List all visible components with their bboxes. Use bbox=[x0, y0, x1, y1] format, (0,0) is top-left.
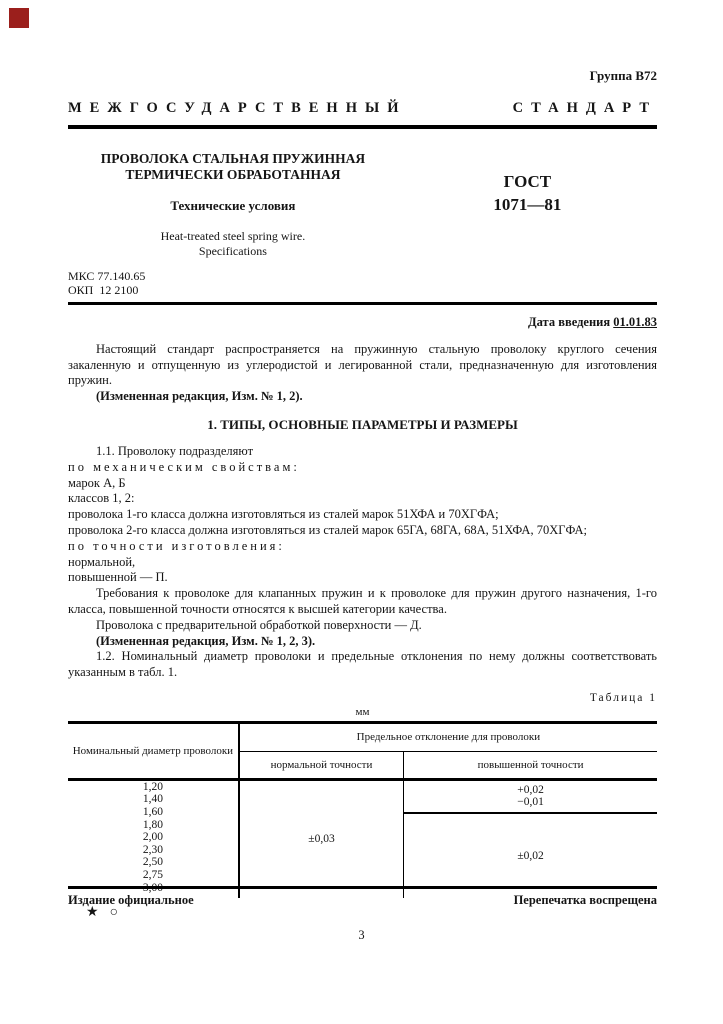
star-icon: ★ bbox=[86, 905, 110, 920]
designation-line1: ГОСТ bbox=[398, 171, 657, 194]
scope-paragraph: Настоящий стандарт распространяется на п… bbox=[68, 342, 657, 389]
diameter-value: 1,80 bbox=[68, 819, 238, 832]
table-body-row: 1,201,401,601,802,002,302,502,753,00 ±0,… bbox=[68, 779, 657, 898]
title-line2: ТЕРМИЧЕСКИ ОБРАБОТАННАЯ bbox=[68, 167, 398, 183]
accuracy-header: по точности изготовления: bbox=[68, 539, 657, 555]
title-left-column: ПРОВОЛОКА СТАЛЬНАЯ ПРУЖИННАЯ ТЕРМИЧЕСКИ … bbox=[68, 129, 398, 258]
circle-icon: ○ bbox=[110, 905, 129, 920]
high-deviation-minus: −0,01 bbox=[404, 796, 657, 809]
title-en-line2: Specifications bbox=[68, 244, 398, 258]
accuracy-high-line: повышенной — П. bbox=[68, 570, 657, 586]
table-1: Номинальный диаметр проволоки Предельное… bbox=[68, 721, 657, 898]
no-reprint-label: Перепечатка воспрещена bbox=[514, 893, 657, 908]
classes-line: классов 1, 2: bbox=[68, 491, 657, 507]
normal-deviation-cell: ±0,03 bbox=[239, 779, 404, 898]
diameter-value: 2,75 bbox=[68, 869, 238, 882]
classification-codes: МКС 77.140.65 ОКП 12 2100 bbox=[68, 270, 657, 298]
amendment-note-2: (Измененная редакция, Изм. № 1, 2, 3). bbox=[68, 634, 657, 650]
diameter-value: 2,00 bbox=[68, 831, 238, 844]
page-footer: Издание официальное Перепечатка воспреще… bbox=[68, 886, 657, 908]
mech-properties-header: по механическим свойствам: bbox=[68, 460, 657, 476]
standard-type-word1: МЕЖГОСУДАРСТВЕННЫЙ bbox=[68, 100, 407, 117]
clause-1-1: 1.1. Проволоку подразделяют bbox=[68, 444, 657, 460]
col-header-high-accuracy: повышенной точности bbox=[404, 751, 657, 779]
designation-column: ГОСТ 1071—81 bbox=[398, 129, 657, 258]
surface-treatment-line: Проволока с предварительной обработкой п… bbox=[68, 618, 657, 634]
standard-type-header: МЕЖГОСУДАРСТВЕННЫЙ СТАНДАРТ bbox=[68, 100, 657, 117]
title-block: ПРОВОЛОКА СТАЛЬНАЯ ПРУЖИННАЯ ТЕРМИЧЕСКИ … bbox=[68, 129, 657, 258]
high-deviation-cell: +0,02 −0,01 ±0,02 bbox=[404, 779, 657, 898]
page-number: 3 bbox=[0, 928, 723, 943]
class2-line: проволока 2-го класса должна изготовлять… bbox=[68, 523, 657, 539]
title-en-line1: Heat-treated steel spring wire. bbox=[68, 229, 398, 243]
col-header-normal-accuracy: нормальной точности bbox=[239, 751, 404, 779]
document-page: Группа В72 МЕЖГОСУДАРСТВЕННЫЙ СТАНДАРТ П… bbox=[0, 0, 723, 1024]
group-label: Группа В72 bbox=[68, 0, 657, 84]
document-subtitle: Технические условия bbox=[68, 198, 398, 214]
title-bottom-rule bbox=[68, 302, 657, 305]
grades-line: марок А, Б bbox=[68, 476, 657, 492]
okp-code: ОКП 12 2100 bbox=[68, 284, 657, 298]
table-1-label: Таблица 1 bbox=[68, 692, 657, 704]
high-deviation-plus: +0,02 bbox=[404, 784, 657, 797]
effective-date-value: 01.01.83 bbox=[613, 315, 657, 329]
designation-line2: 1071—81 bbox=[398, 194, 657, 217]
clause-1-2: 1.2. Номинальный диаметр проволоки и пре… bbox=[68, 649, 657, 681]
diameter-values-cell: 1,201,401,601,802,002,302,502,753,00 bbox=[68, 779, 239, 898]
standard-type-word2: СТАНДАРТ bbox=[513, 100, 657, 117]
title-line1: ПРОВОЛОКА СТАЛЬНАЯ ПРУЖИННАЯ bbox=[68, 151, 398, 167]
col-header-deviation: Предельное отклонение для проволоки bbox=[239, 722, 657, 751]
high-deviation-first-group: +0,02 −0,01 bbox=[404, 781, 657, 814]
amendment-note-1: (Измененная редакция, Изм. № 1, 2). bbox=[68, 389, 657, 405]
page-content: Группа В72 МЕЖГОСУДАРСТВЕННЫЙ СТАНДАРТ П… bbox=[68, 0, 657, 898]
title-english: Heat-treated steel spring wire. Specific… bbox=[68, 229, 398, 258]
accuracy-normal-line: нормальной, bbox=[68, 555, 657, 571]
effective-date-line: Дата введения 01.01.83 bbox=[68, 315, 657, 330]
table-header-row-1: Номинальный диаметр проволоки Предельное… bbox=[68, 722, 657, 751]
diameter-value: 2,30 bbox=[68, 844, 238, 857]
effective-date-label: Дата введения bbox=[528, 315, 613, 329]
table-1-unit: мм bbox=[68, 706, 657, 718]
standard-designation: ГОСТ 1071—81 bbox=[398, 171, 657, 217]
col-header-diameter: Номинальный диаметр проволоки bbox=[68, 722, 239, 779]
diameter-value: 1,40 bbox=[68, 793, 238, 806]
footnote-symbols: ★○ bbox=[86, 904, 129, 921]
document-title: ПРОВОЛОКА СТАЛЬНАЯ ПРУЖИННАЯ ТЕРМИЧЕСКИ … bbox=[68, 151, 398, 183]
red-corner-mark bbox=[9, 8, 29, 28]
class1-line: проволока 1-го класса должна изготовлять… bbox=[68, 507, 657, 523]
diameter-value: 2,50 bbox=[68, 856, 238, 869]
diameter-value: 1,20 bbox=[68, 781, 238, 794]
diameter-value: 1,60 bbox=[68, 806, 238, 819]
section-1-heading: 1. ТИПЫ, ОСНОВНЫЕ ПАРАМЕТРЫ И РАЗМЕРЫ bbox=[68, 417, 657, 433]
mks-code: МКС 77.140.65 bbox=[68, 270, 657, 284]
quality-paragraph: Требования к проволоке для клапанных пру… bbox=[68, 586, 657, 618]
